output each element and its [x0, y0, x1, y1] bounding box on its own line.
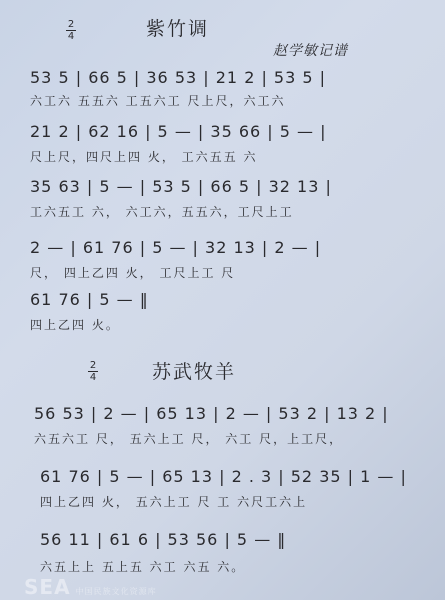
gongche-line-2-2: 四上乙四 火， 五六上工 尺 工 六尺工六上	[40, 493, 307, 510]
notation-line-2-1: 56 53 | 2 — | 65 13 | 2 — | 53 2 | 13 2 …	[34, 404, 389, 423]
notation-line-1-3: 35 63 | 5 — | 53 5 | 66 5 | 32 13 |	[30, 177, 332, 196]
piece-title-2: 苏武牧羊	[152, 357, 236, 384]
time-signature-1: 2 4	[66, 12, 76, 41]
watermark: SEA 中国民族文化资源库	[24, 575, 157, 599]
notation-line-2-3: 56 11 | 61 6 | 53 56 | 5 — ‖	[40, 530, 286, 549]
piece-title-1: 紫竹调	[146, 14, 209, 41]
music-score-sheet: 2 4 紫竹调 赵学敏记谱 53 5 | 66 5 | 36 53 | 21 2…	[0, 0, 445, 600]
gongche-line-1-2: 尺上尺，四尺上四 火， 工六五五 六	[30, 148, 257, 165]
notation-line-1-4: 2 — | 61 76 | 5 — | 32 13 | 2 — |	[30, 238, 321, 257]
watermark-logo: SEA	[24, 575, 71, 599]
time-signature-2: 2 4	[88, 353, 98, 382]
time-signature-top: 2	[68, 20, 74, 29]
gongche-line-2-3: 六五上上 五上五 六工 六五 六。	[40, 558, 245, 575]
notation-line-1-1: 53 5 | 66 5 | 36 53 | 21 2 | 53 5 |	[30, 68, 326, 87]
gongche-line-2-1: 六五六工 尺， 五六上工 尺， 六工 尺，上工尺，	[34, 430, 343, 447]
time-signature-bottom: 4	[90, 373, 96, 382]
gongche-line-1-3: 工六五工 六， 六工六，五五六，工尺上工	[30, 203, 294, 220]
notation-line-2-2: 61 76 | 5 — | 65 13 | 2 . 3 | 52 35 | 1 …	[40, 467, 407, 486]
time-signature-bottom: 4	[68, 32, 74, 41]
gongche-line-1-5: 四上乙四 火。	[30, 316, 120, 333]
time-signature-top: 2	[90, 361, 96, 370]
gongche-line-1-4: 尺， 四上乙四 火， 工尺上工 尺	[30, 264, 235, 281]
notation-line-1-2: 21 2 | 62 16 | 5 — | 35 66 | 5 — |	[30, 122, 327, 141]
notation-line-1-5: 61 76 | 5 — ‖	[30, 290, 149, 309]
watermark-text: 中国民族文化资源库	[76, 587, 157, 596]
transcriber-credit: 赵学敏记谱	[273, 40, 348, 60]
gongche-line-1-1: 六工六 五五六 工五六工 尺上尺，六工六	[30, 92, 285, 109]
